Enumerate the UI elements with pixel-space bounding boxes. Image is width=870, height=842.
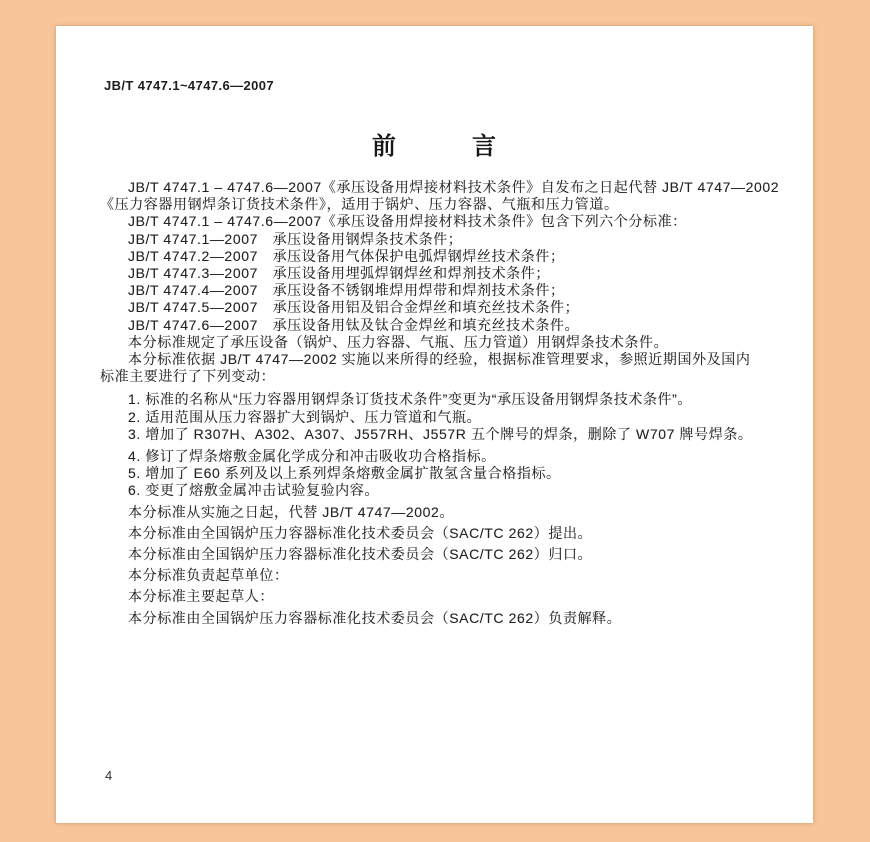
text-line: 1. 标准的名称从“压力容器用钢焊条订货技术条件”变更为“承压设备用钢焊条技术条…: [100, 391, 794, 408]
text-line: 本分标准主要起草人：: [100, 588, 794, 605]
document-page: JB/T 4747.1~4747.6—2007 前 言 JB/T 4747.1 …: [56, 26, 813, 823]
text-line: 本分标准依据 JB/T 4747—2002 实施以来所得的经验，根据标准管理要求…: [100, 351, 794, 368]
text-line: JB/T 4747.6—2007 承压设备用钛及钛合金焊丝和填充丝技术条件。: [100, 317, 794, 334]
text-line: 本分标准规定了承压设备（锅炉、压力容器、气瓶、压力管道）用钢焊条技术条件。: [100, 334, 794, 351]
text-line: 标准主要进行了下列变动：: [100, 368, 794, 385]
text-line: 本分标准由全国锅炉压力容器标准化技术委员会（SAC/TC 262）负责解释。: [100, 610, 794, 627]
text-line: 本分标准从实施之日起，代替 JB/T 4747—2002。: [100, 504, 794, 521]
viewer-background: JB/T 4747.1~4747.6—2007 前 言 JB/T 4747.1 …: [0, 0, 870, 842]
text-line: 2. 适用范围从压力容器扩大到锅炉、压力管道和气瓶。: [100, 409, 794, 426]
text-line: JB/T 4747.1—2007 承压设备用钢焊条技术条件；: [100, 231, 794, 248]
text-line: JB/T 4747.1 – 4747.6—2007《承压设备用焊接材料技术条件》…: [100, 179, 794, 196]
document-body: JB/T 4747.1 – 4747.6—2007《承压设备用焊接材料技术条件》…: [100, 179, 794, 627]
foreword-title: 前 言: [56, 126, 813, 161]
text-line: 5. 增加了 E60 系列及以上系列焊条熔敷金属扩散氢含量合格指标。: [100, 465, 794, 482]
text-line: 6. 变更了熔敷金属冲击试验复验内容。: [100, 482, 794, 499]
text-line: 4. 修订了焊条熔敷金属化学成分和冲击吸收功合格指标。: [100, 448, 794, 465]
standard-code-header: JB/T 4747.1~4747.6—2007: [104, 78, 274, 93]
text-line: 本分标准负责起草单位：: [100, 567, 794, 584]
page-number: 4: [105, 768, 112, 783]
text-line: JB/T 4747.5—2007 承压设备用铝及铝合金焊丝和填充丝技术条件；: [100, 299, 794, 316]
text-line: 本分标准由全国锅炉压力容器标准化技术委员会（SAC/TC 262）归口。: [100, 546, 794, 563]
text-line: JB/T 4747.1 – 4747.6—2007《承压设备用焊接材料技术条件》…: [100, 213, 794, 230]
text-line: 本分标准由全国锅炉压力容器标准化技术委员会（SAC/TC 262）提出。: [100, 525, 794, 542]
text-line: 3. 增加了 R307H、A302、A307、J557RH、J557R 五个牌号…: [100, 426, 794, 443]
text-line: JB/T 4747.2—2007 承压设备用气体保护电弧焊钢焊丝技术条件；: [100, 248, 794, 265]
text-line: JB/T 4747.3—2007 承压设备用埋弧焊钢焊丝和焊剂技术条件；: [100, 265, 794, 282]
text-line: JB/T 4747.4—2007 承压设备不锈钢堆焊用焊带和焊剂技术条件；: [100, 282, 794, 299]
text-line: 《压力容器用钢焊条订货技术条件》，适用于锅炉、压力容器、气瓶和压力管道。: [100, 196, 794, 213]
